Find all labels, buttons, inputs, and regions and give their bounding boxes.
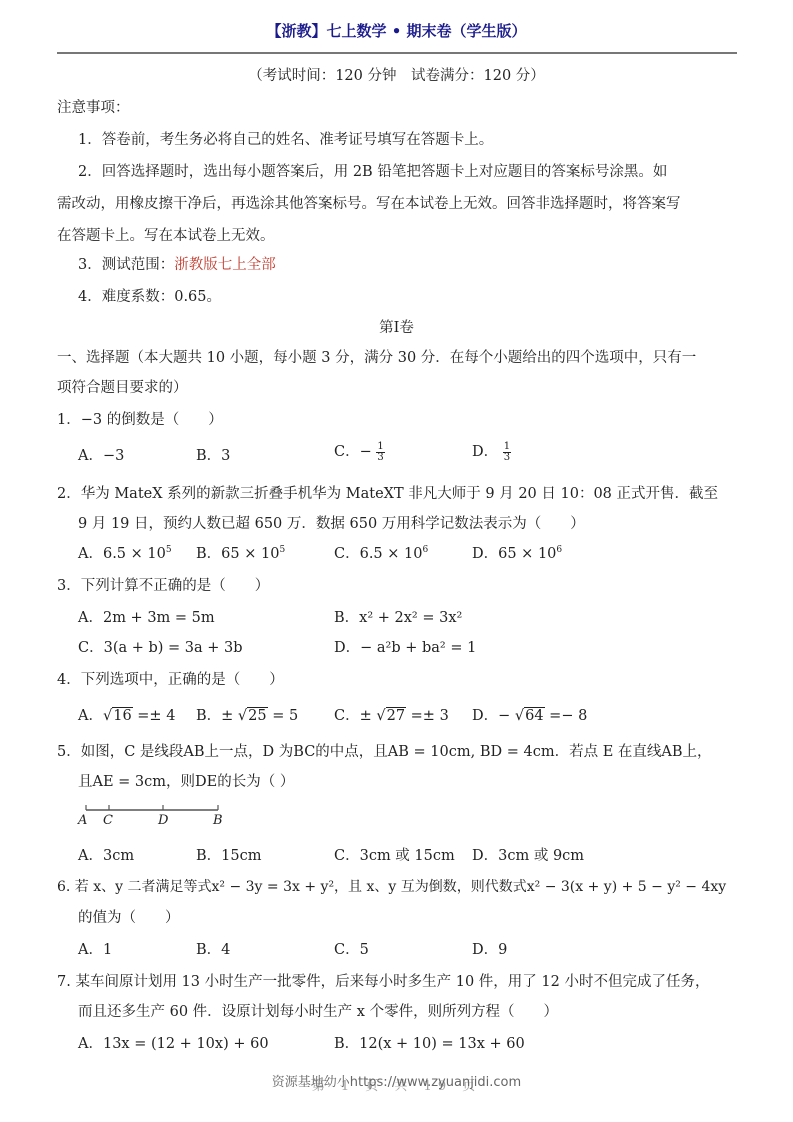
question-4-option-a: A．√16 =± 4 <box>78 704 175 725</box>
question-2-stem-cont: 9 月 19 日，预约人数已超 650 万．数据 650 万用科学记数法表示为（… <box>78 512 585 533</box>
question-4-option-b: B．± √25 = 5 <box>196 704 298 725</box>
segment-figure <box>78 800 228 834</box>
question-4-option-c: C．± √27 =± 3 <box>334 704 449 725</box>
point-label-a: A <box>78 813 87 828</box>
note-item-4: 4．难度系数：0.65。 <box>78 285 221 306</box>
question-6-option-d: D．9 <box>472 938 507 959</box>
note-item-2: 2．回答选择题时，选出每小题答案后，用 2B 铅笔把答题卡上对应题目的答案标号涂… <box>78 160 667 181</box>
document-title: 【浙教】七上数学 • 期末卷（学生版） <box>0 20 793 41</box>
section-heading-cont: 项符合题目要求的） <box>57 376 188 397</box>
question-4-option-d: D．− √64 =− 8 <box>472 704 587 725</box>
question-6-option-c: C．5 <box>334 938 369 959</box>
question-5-option-c: C．3cm 或 15cm <box>334 844 455 865</box>
exam-info: （考试时间：120 分钟 试卷满分：120 分） <box>0 64 793 85</box>
question-1-option-b: B．3 <box>196 444 230 465</box>
question-7-stem-cont: 而且还多生产 60 件．设原计划每小时生产 x 个零件，则所列方程（ ） <box>78 1000 558 1021</box>
question-3-stem: 3．下列计算不正确的是（ ） <box>57 574 269 595</box>
question-4-stem: 4．下列选项中，正确的是（ ） <box>57 668 284 689</box>
question-1-option-c: C．− 13 <box>334 440 385 463</box>
question-1-option-d: D． 13 <box>472 440 511 463</box>
question-5-option-d: D．3cm 或 9cm <box>472 844 584 865</box>
fraction: 13 <box>376 442 384 463</box>
note-item-2-cont2: 在答题卡上。写在本试卷上无效。 <box>57 224 275 245</box>
question-2-stem: 2．华为 MateX 系列的新款三折叠手机华为 MateXT 非凡大师于 9 月… <box>57 482 718 503</box>
question-6-stem: 6. 若 x、y 二者满足等式x² − 3y = 3x + y²，且 x、y 互… <box>57 876 726 896</box>
question-1-stem: 1．−3 的倒数是（ ） <box>57 408 223 429</box>
question-2-option-c: C．6.5 × 106 <box>334 542 428 563</box>
question-3-option-b: B．x² + 2x² = 3x² <box>334 606 462 627</box>
question-6-option-b: B．4 <box>196 938 230 959</box>
question-5-option-b: B．15cm <box>196 844 261 865</box>
note-item-3-label: 3．测试范围： <box>78 257 174 273</box>
volume-title: 第Ⅰ卷 <box>0 316 793 337</box>
question-6-option-a: A．1 <box>78 938 112 959</box>
question-5-stem-cont: 且AE = 3cm，则DE的长为（ ） <box>78 770 294 791</box>
watermark: 资源基地幼小https://www.zyuanjidi.com <box>0 1071 793 1090</box>
question-6-stem-cont: 的值为（ ） <box>78 906 180 927</box>
point-label-d: D <box>158 813 168 828</box>
fraction: 13 <box>503 442 511 463</box>
exam-page: 【浙教】七上数学 • 期末卷（学生版） （考试时间：120 分钟 试卷满分：12… <box>0 0 793 1122</box>
section-heading: 一、选择题（本大题共 10 小题，每小题 3 分，满分 30 分．在每个小题给出… <box>57 346 696 367</box>
question-2-option-a: A．6.5 × 105 <box>78 542 172 563</box>
question-7-option-a: A．13x = (12 + 10x) + 60 <box>78 1032 269 1053</box>
note-item-2-cont: 需改动，用橡皮擦干净后，再选涂其他答案标号。写在本试卷上无效。回答非选择题时，将… <box>57 192 681 213</box>
question-5-option-a: A．3cm <box>78 844 134 865</box>
test-scope-value: 浙教版七上全部 <box>174 257 276 273</box>
note-item-1: 1．答卷前，考生务必将自己的姓名、准考证号填写在答题卡上。 <box>78 128 493 149</box>
note-item-3: 3．测试范围：浙教版七上全部 <box>78 253 276 274</box>
question-3-option-a: A．2m + 3m = 5m <box>78 606 215 627</box>
header-divider <box>57 52 737 54</box>
question-3-option-d: D．− a²b + ba² = 1 <box>334 636 476 657</box>
question-5-stem: 5．如图，C 是线段AB上一点，D 为BC的中点，且AB = 10cm, BD … <box>57 740 712 761</box>
question-2-option-d: D．65 × 106 <box>472 542 562 563</box>
notes-heading: 注意事项： <box>57 96 130 117</box>
point-label-b: B <box>213 813 223 828</box>
line-segment-diagram: A C D B <box>78 800 228 830</box>
question-7-stem: 7. 某车间原计划用 13 小时生产一批零件，后来每小时多生产 10 件，用了 … <box>57 970 709 991</box>
question-3-option-c: C．3(a + b) = 3a + 3b <box>78 636 243 657</box>
question-7-option-b: B．12(x + 10) = 13x + 60 <box>334 1032 525 1053</box>
question-2-option-b: B．65 × 105 <box>196 542 285 563</box>
point-label-c: C <box>103 813 113 828</box>
question-1-option-a: A．−3 <box>78 444 124 465</box>
